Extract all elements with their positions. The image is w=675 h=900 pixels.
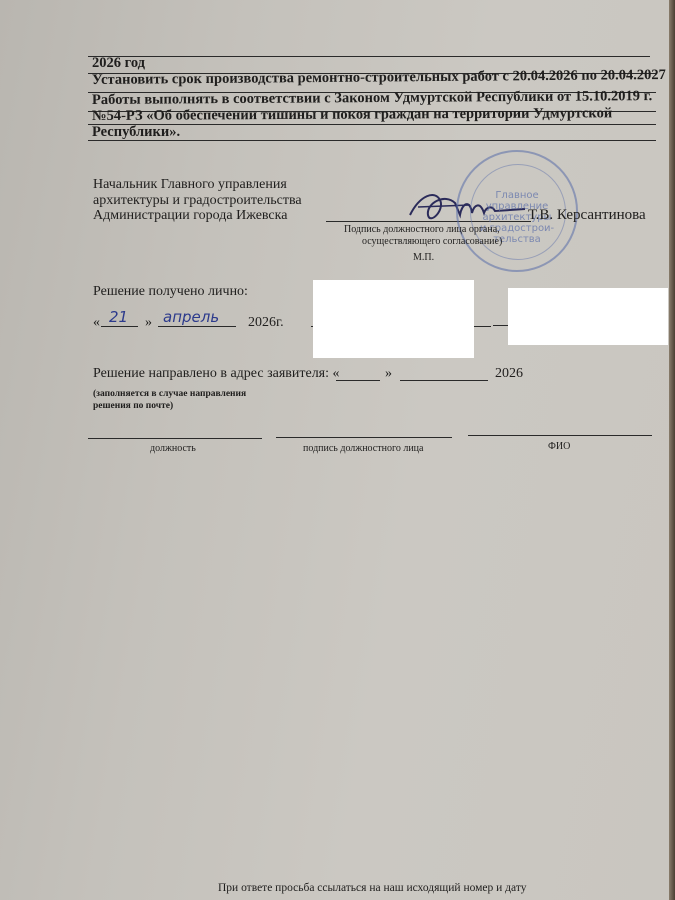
signatory-name: Т.В. Керсантинова: [528, 207, 646, 224]
position-line-1: Начальник Главного управления: [93, 177, 287, 193]
day-field-rule: [101, 326, 138, 327]
page-edge-shadow: [669, 0, 675, 900]
signature-field-rule: [276, 437, 452, 438]
mailed-note-2: решения по почте): [93, 401, 173, 411]
month-field-rule: [158, 326, 236, 327]
position-caption: должность: [150, 443, 196, 454]
header-line-term: Установить срок производства ремонтно-ст…: [92, 67, 666, 89]
mailed-day-rule: [336, 380, 380, 381]
received-month[interactable]: апрель: [163, 308, 219, 326]
signature-caption-1: Подпись должностного лица органа,: [344, 224, 500, 235]
open-quote: «: [93, 315, 100, 331]
received-year: 2026г.: [248, 315, 284, 331]
mailed-note-1: (заполняется в случае направления: [93, 389, 246, 399]
received-day[interactable]: 21: [109, 308, 128, 326]
received-label: Решение получено лично:: [93, 284, 248, 300]
rule: [88, 140, 656, 141]
seal-label: М.П.: [413, 252, 434, 263]
header-line-law-title: №54-РЗ «Об обеспечении тишины и покоя гр…: [92, 105, 612, 125]
close-quote: »: [145, 315, 152, 331]
redacted-area: [313, 280, 474, 358]
footer-note: При ответе просьба ссылаться на наш исхо…: [218, 882, 526, 894]
mailed-year: 2026: [495, 366, 523, 382]
mailed-month-rule: [400, 380, 488, 381]
signature-caption: подпись должностного лица: [303, 443, 423, 454]
redacted-area: [508, 288, 668, 345]
header-line-republic: Республики».: [92, 124, 180, 141]
mailed-close-quote: »: [385, 366, 392, 382]
mailed-label: Решение направлено в адрес заявителя: «: [93, 366, 340, 382]
fullname-field-rule: [468, 435, 652, 436]
fullname-caption: ФИО: [548, 441, 570, 452]
position-line-3: Администрации города Ижевска: [93, 208, 287, 224]
position-field-rule: [88, 438, 262, 439]
rule: [88, 56, 650, 57]
header-line-year: 2026 год: [92, 55, 145, 72]
stamp-line: Главное: [458, 190, 576, 201]
signature-caption-2: осуществляющего согласование): [362, 236, 502, 247]
position-line-2: архитектуры и градостроительства: [93, 193, 302, 209]
